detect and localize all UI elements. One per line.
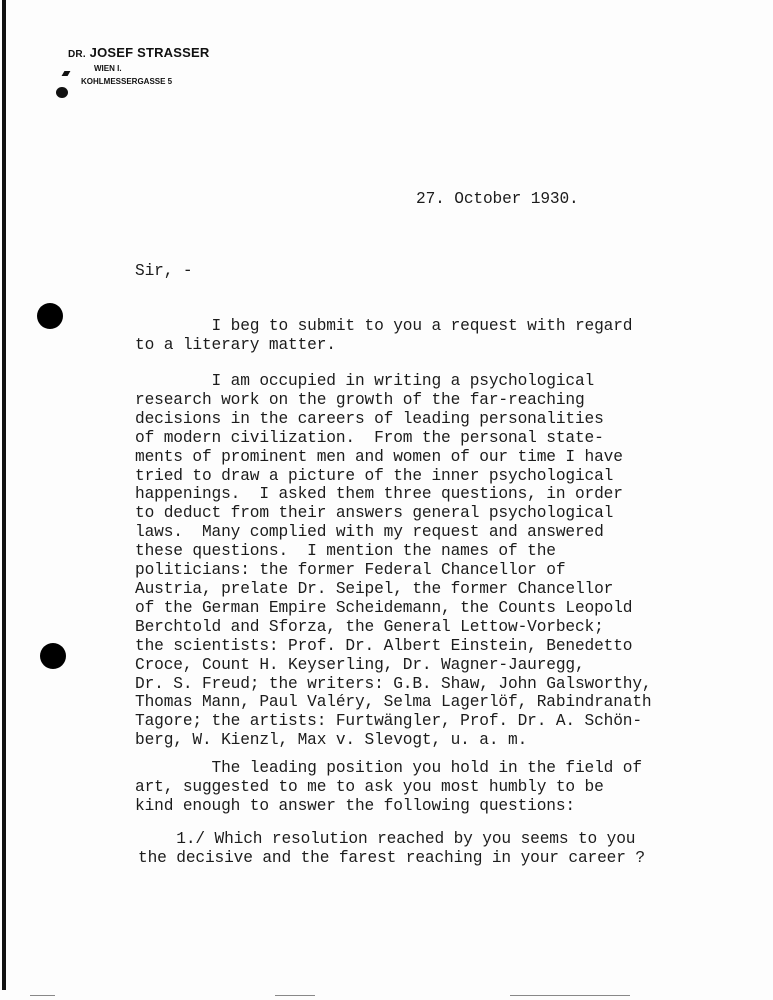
- scan-artifact: [510, 995, 630, 996]
- salutation: Sir, -: [135, 262, 192, 281]
- ink-blot-icon: [56, 87, 68, 98]
- scan-artifact: [275, 995, 315, 996]
- letterhead-name-text: JOSEF STRASSER: [90, 45, 210, 60]
- page-edge-shadow: [2, 0, 6, 990]
- body-paragraph-3: The leading position you hold in the fie…: [135, 759, 642, 816]
- letter-date: 27. October 1930.: [416, 190, 579, 209]
- body-paragraph-2: I am occupied in writing a psychological…: [135, 372, 651, 750]
- punch-hole-icon: [37, 303, 63, 329]
- letterhead-name: DR. JOSEF STRASSER: [68, 46, 209, 60]
- letterhead-city: WIEN I.: [68, 65, 209, 73]
- letterhead: DR. JOSEF STRASSER WIEN I. KOHLMESSERGAS…: [68, 46, 209, 86]
- body-paragraph-1: I beg to submit to you a request with re…: [135, 317, 632, 355]
- letterhead-street: KOHLMESSERGASSE 5: [68, 78, 209, 86]
- scan-artifact: [30, 995, 55, 996]
- question-1: 1./ Which resolution reached by you seem…: [138, 830, 645, 868]
- letterhead-name-prefix: DR.: [68, 49, 86, 60]
- letter-page: DR. JOSEF STRASSER WIEN I. KOHLMESSERGAS…: [0, 0, 773, 1000]
- punch-hole-icon: [40, 643, 66, 669]
